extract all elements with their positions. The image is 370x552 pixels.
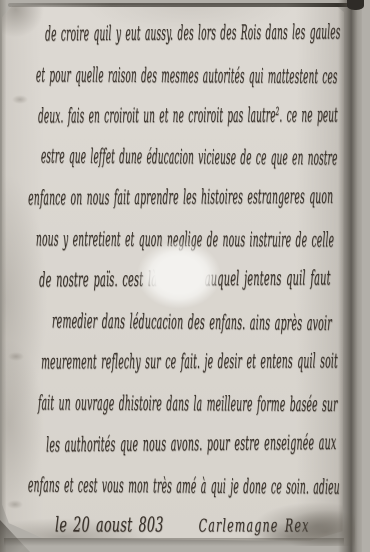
text-line: enfans et cest vous mon très amé à qui j… xyxy=(28,473,340,499)
text-line: estre que leffet dune éducacion vicieuse… xyxy=(41,144,338,170)
text-line: les authorités que nous avons. pour estr… xyxy=(46,430,336,457)
text-line: et pour quelle raison des mesmes autorit… xyxy=(36,63,338,89)
text-line: fait un ouvrage dhistoire dans la meille… xyxy=(38,391,338,417)
margin-smudge xyxy=(12,95,28,104)
margin-smudge xyxy=(8,352,24,361)
bottom-right-stain xyxy=(283,510,355,546)
text-line: meurement reflechy sur ce fait. je desir… xyxy=(41,349,338,374)
text-line: enfance on nous fait aprendre les histoi… xyxy=(28,184,333,210)
dateline: le 20 aoust 803 xyxy=(55,513,164,537)
white-blotch xyxy=(137,241,221,309)
text-line: de croire quil y eut aussy. des lors des… xyxy=(45,20,341,46)
page-right-edge-shadow xyxy=(338,0,362,552)
margin-smudge xyxy=(7,500,23,509)
dateline-signature-line: le 20 aoust 803Carlemagne Rex xyxy=(55,513,309,537)
photo-left-edge xyxy=(0,0,6,552)
text-line: remedier dans léducacion des enfans. ain… xyxy=(52,309,332,335)
text-line: deux. fais en croiroit un et ne croiroit… xyxy=(38,103,338,128)
page-top-edge-shadow xyxy=(8,3,354,7)
manuscript-photo: de croire quil y eut aussy. des lors des… xyxy=(0,0,370,552)
top-right-corner-mark xyxy=(347,0,364,10)
